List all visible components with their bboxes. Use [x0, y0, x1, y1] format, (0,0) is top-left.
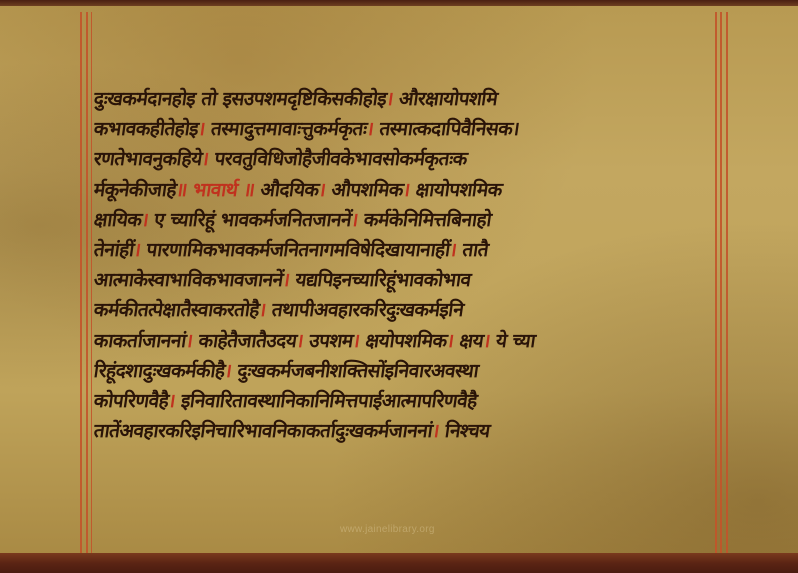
text-segment: तस्मादुत्तमावाःत्तुकर्मकृतः	[203, 118, 368, 140]
rubric-segment: ॥ भावार्थ ॥	[175, 179, 256, 201]
text-segment: कर्मकीतत्पेक्षातैस्वाकरतोहै	[92, 299, 260, 321]
text-segment: दुःखकर्मदानहोइ तो इसउपशमदृष्टिकिसकीहोइ	[92, 88, 387, 110]
left-border-line-1	[80, 12, 82, 561]
manuscript-line: र्मकूनेकीजाहे॥ भावार्थ ॥ औदयिक। औपशमिक। …	[92, 175, 504, 205]
text-segment: परवतुविधिजोहैजीवकेभावसोकर्मकृतः	[207, 148, 454, 170]
text-segment: पारणामिकभावकर्मजनितनागमविषेदिखायानाहीं	[139, 239, 451, 261]
text-segment: रणतेभावनुकहिये	[92, 148, 203, 170]
text-segment: दुःखकर्मजबनीशक्तिसोंइनिवारअवस्था	[230, 360, 480, 382]
manuscript-line: आत्माकेस्वाभाविकभावजाननें। यद्यपिइनच्यार…	[92, 265, 473, 295]
text-segment: रिहूंदशादुःखकर्मकीहै	[92, 360, 226, 382]
right-border-line-1	[715, 12, 717, 561]
manuscript-page: दुःखकर्मदानहोइ तो इसउपशमदृष्टिकिसकीहोइ। …	[0, 6, 798, 556]
text-segment: तथापीअवहारकरिदुःखकर्मइनि	[264, 299, 465, 321]
manuscript-line: काकर्ताजाननां। काहेतैजातैउदय। उपशम। क्षय…	[92, 326, 537, 356]
left-border-line-3	[91, 12, 92, 561]
text-segment: काकर्ताजाननां	[92, 330, 187, 352]
text-segment: औरक्षायोपशमि	[391, 88, 498, 110]
page-bottom-edge	[0, 553, 798, 573]
manuscript-line: दुःखकर्मदानहोइ तो इसउपशमदृष्टिकिसकीहोइ। …	[92, 84, 500, 114]
manuscript-line: तातेंअवहारकरिइनिचारिभावनिकाकर्तादुःखकर्म…	[92, 416, 492, 446]
text-segment: इनिवारितावस्थानिकानिमित्तपाईआत्मापरिणवैह…	[174, 390, 479, 412]
text-segment: कभावकहीतेहोइ	[92, 118, 199, 140]
text-segment: ये च्या	[488, 330, 536, 352]
manuscript-line: कर्मकीतत्पेक्षातैस्वाकरतोहै। तथापीअवहारक…	[92, 295, 466, 325]
text-segment: क्षायोपशमिक	[408, 179, 503, 201]
right-border-line-3	[726, 12, 728, 561]
text-segment: कर्मकेनिमित्तबिनाहो	[356, 209, 492, 231]
manuscript-line: क्षायिक। ए च्यारिहूं भावकर्मजनितजाननें। …	[92, 205, 493, 235]
text-segment: निश्चय	[437, 420, 491, 442]
text-segment: ए च्यारिहूं भावकर्मजनितजाननें	[147, 209, 353, 231]
manuscript-line: रणतेभावनुकहिये। परवतुविधिजोहैजीवकेभावसोक…	[92, 144, 469, 174]
text-segment: तस्मात्कदापिवैनिसक	[372, 118, 514, 140]
text-segment: क्षय	[452, 330, 485, 352]
text-segment: औपशमिक	[324, 179, 405, 201]
manuscript-line: कभावकहीतेहोइ। तस्मादुत्तमावाःत्तुकर्मकृत…	[92, 114, 521, 144]
text-segment: कोपरिणवैहै	[92, 390, 169, 412]
text-segment: क्षयोपशमिक	[358, 330, 448, 352]
right-border-line-2	[720, 12, 722, 561]
text-segment: काहेतैजातैउदय	[191, 330, 298, 352]
watermark: www.jainelibrary.org	[340, 524, 435, 535]
text-segment: यद्यपिइनच्यारिहूंभावकोभाव	[288, 269, 472, 291]
text-segment: उपशम	[302, 330, 355, 352]
left-border-line-2	[86, 12, 88, 561]
manuscript-line: कोपरिणवैहै। इनिवारितावस्थानिकानिमित्तपाई…	[92, 386, 479, 416]
text-segment: आत्माकेस्वाभाविकभावजाननें	[92, 269, 284, 291]
text-segment: क्षायिक	[92, 209, 143, 231]
text-segment: ।	[511, 118, 521, 140]
text-segment: तातेंअवहारकरिइनिचारिभावनिकाकर्तादुःखकर्म…	[92, 420, 433, 442]
text-segment: तेनांहीं	[92, 239, 135, 261]
text-segment: र्मकूनेकीजाहे	[92, 179, 177, 201]
text-segment: औदयिक	[253, 179, 320, 201]
text-segment: तातै	[455, 239, 490, 261]
manuscript-line: तेनांहीं। पारणामिकभावकर्मजनितनागमविषेदिख…	[92, 235, 490, 265]
manuscript-line: रिहूंदशादुःखकर्मकीहै। दुःखकर्मजबनीशक्तिस…	[92, 356, 480, 386]
text-segment: क	[451, 148, 468, 170]
